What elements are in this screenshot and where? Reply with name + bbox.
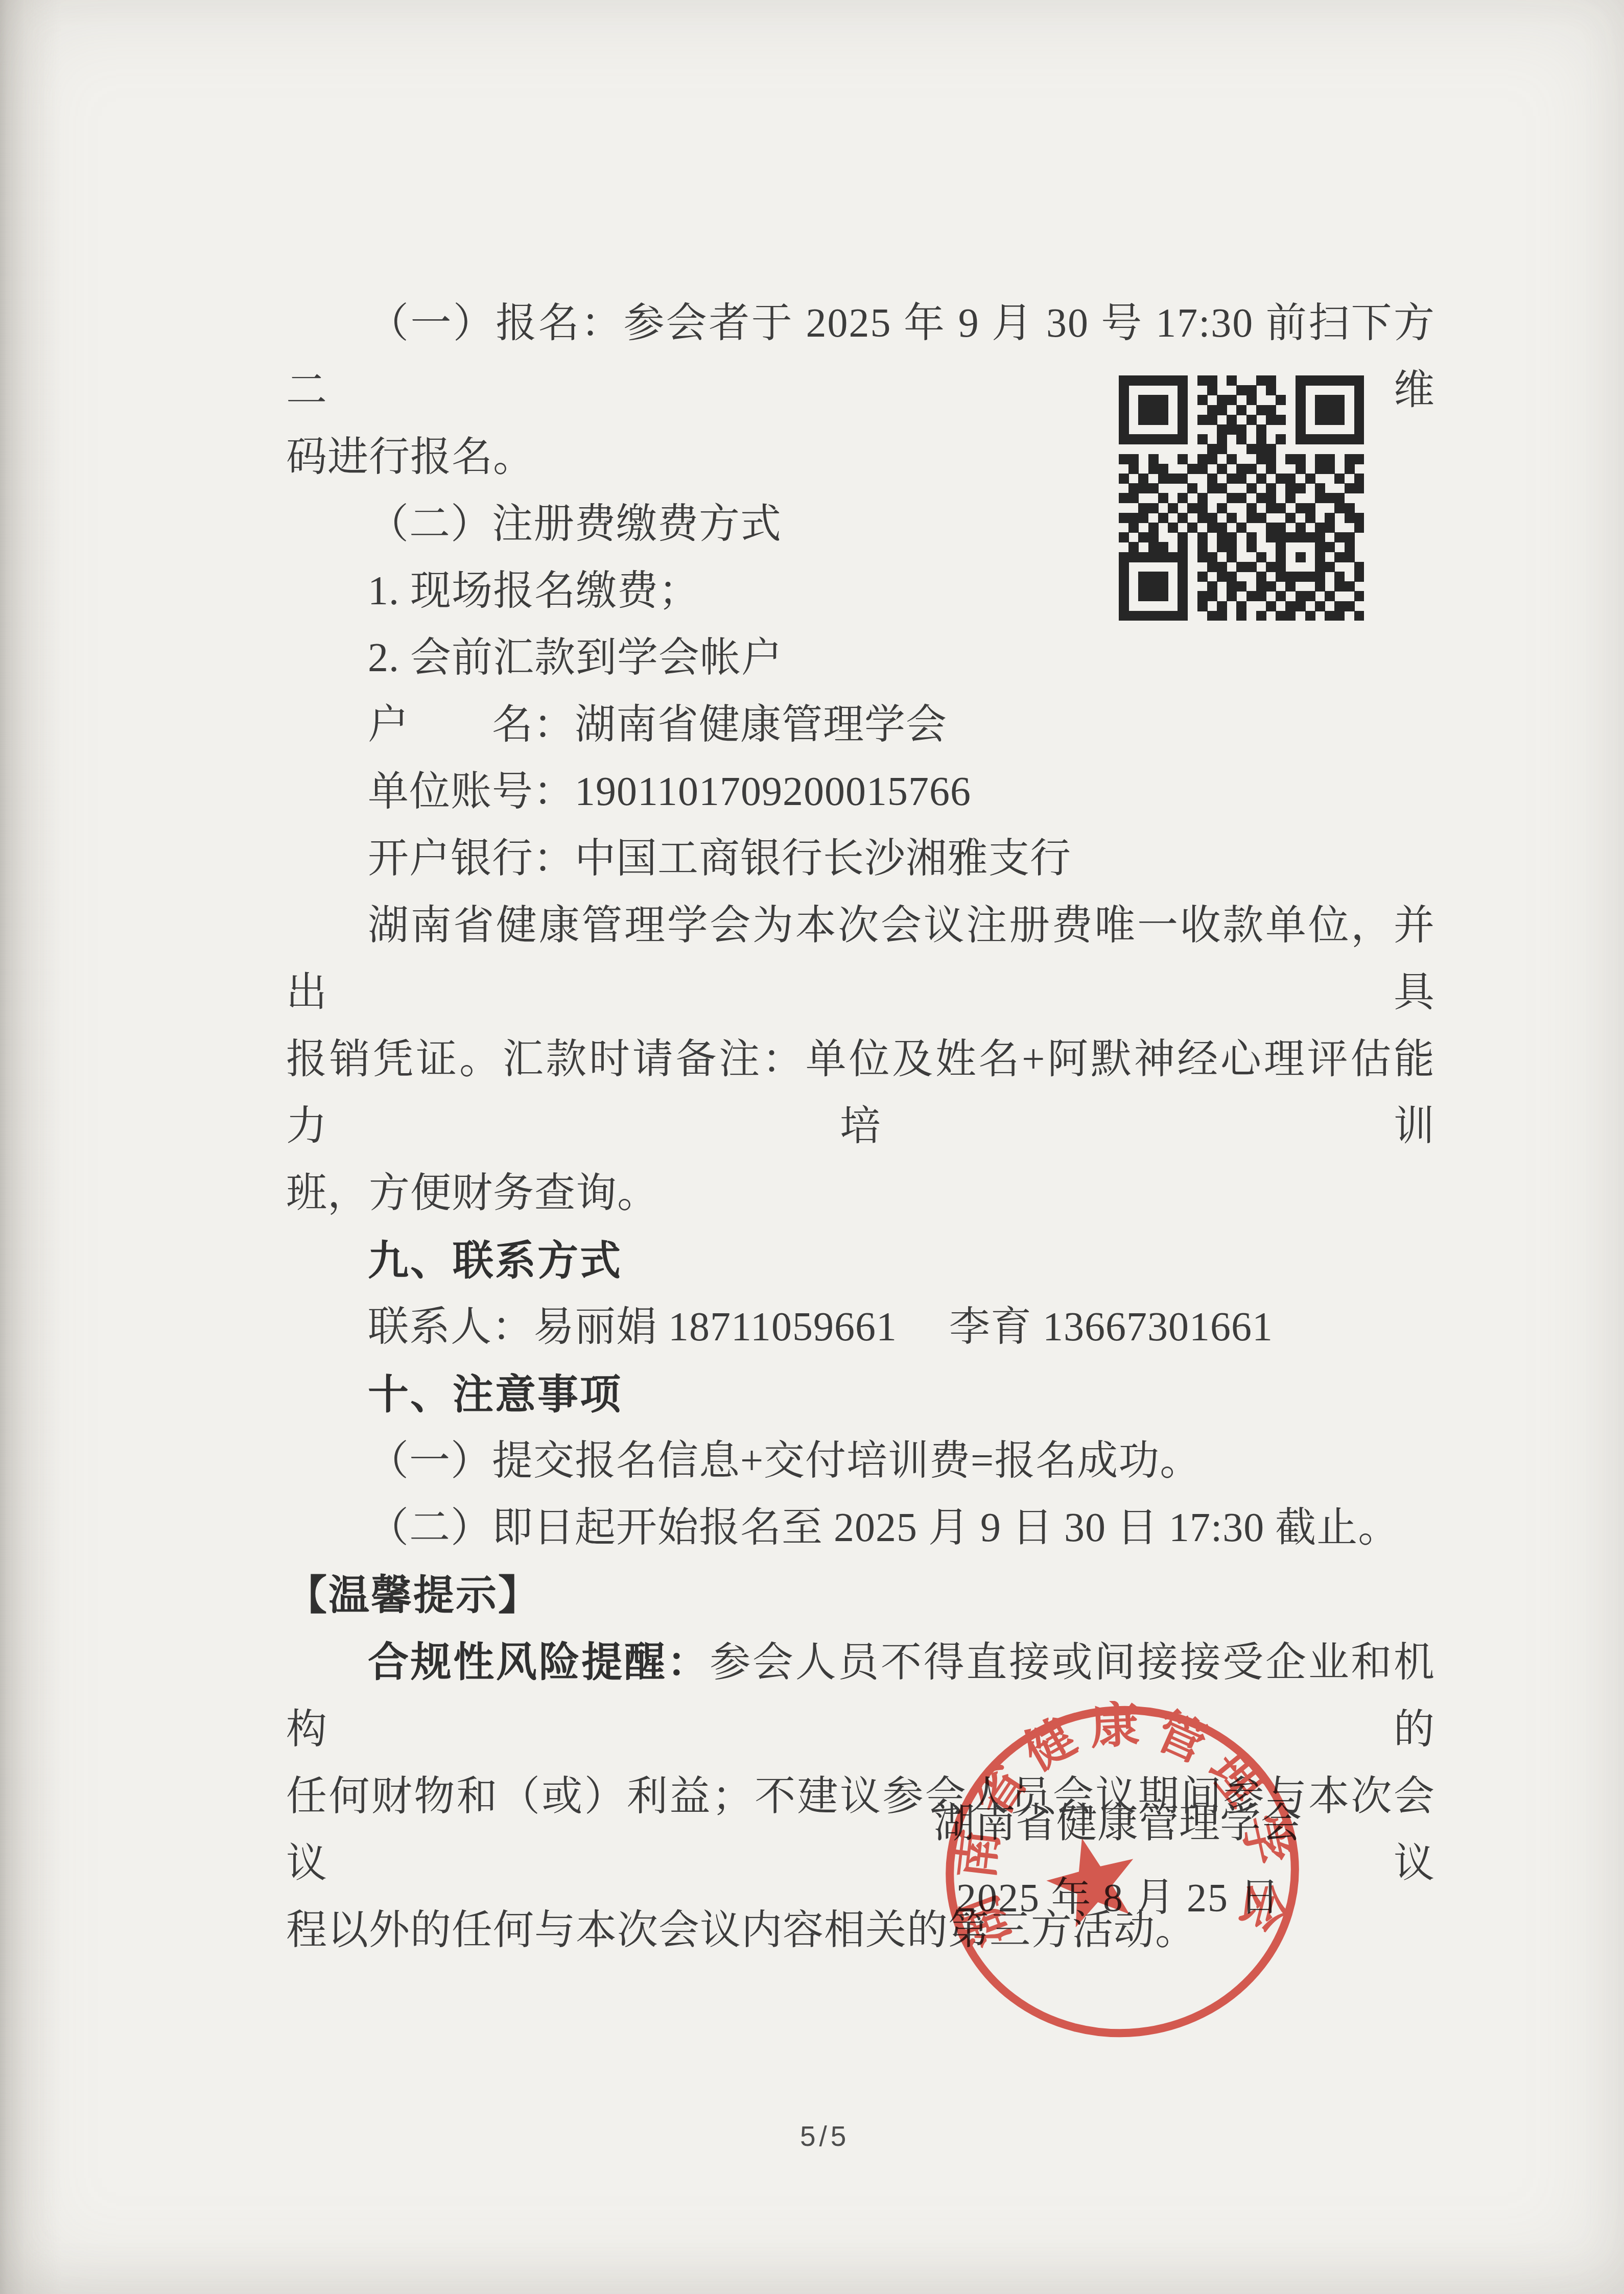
registration-qr-code [1119, 375, 1364, 621]
doc-line-bold-prefix: 合规性风险提醒： [368, 1639, 710, 1685]
doc-line: 九、联系方式 [286, 1227, 1435, 1294]
doc-line: 联系人：易丽娟 18711059661 李育 13667301661 [286, 1294, 1435, 1361]
doc-line: 开户银行：中国工商银行长沙湘雅支行 [286, 825, 1435, 892]
page-number: 5/5 [800, 2120, 850, 2153]
doc-line: 户 名：湖南省健康管理学会 [286, 692, 1435, 759]
doc-line: 【温馨提示】 [286, 1562, 1435, 1628]
doc-line: 班，方便财务查询。 [286, 1160, 1435, 1227]
seal-ring-text: 湖南省健康管理学会 [945, 1701, 1302, 1972]
doc-line: 2. 会前汇款到学会帐户 [286, 625, 1435, 692]
doc-line: 单位账号：1901101709200015766 [286, 759, 1435, 825]
doc-line: （一）提交报名信息+交付培训费=报名成功。 [286, 1428, 1435, 1495]
doc-line: （二）即日起开始报名至 2025 月 9 日 30 日 17:30 截止。 [286, 1495, 1435, 1562]
official-seal-stamp: 湖南省健康管理学会 [945, 1701, 1302, 2043]
doc-line: 报销凭证。汇款时请备注：单位及姓名+阿默神经心理评估能力培训 [286, 1026, 1435, 1160]
scanned-document-page: （一）报名：参会者于 2025 年 9 月 30 号 17:30 前扫下方二维码… [0, 0, 1624, 2294]
doc-line: 湖南省健康管理学会为本次会议注册费唯一收款单位，并出具 [286, 892, 1435, 1026]
doc-line: 十、注意事项 [286, 1361, 1435, 1428]
star-icon [1039, 1828, 1146, 1932]
